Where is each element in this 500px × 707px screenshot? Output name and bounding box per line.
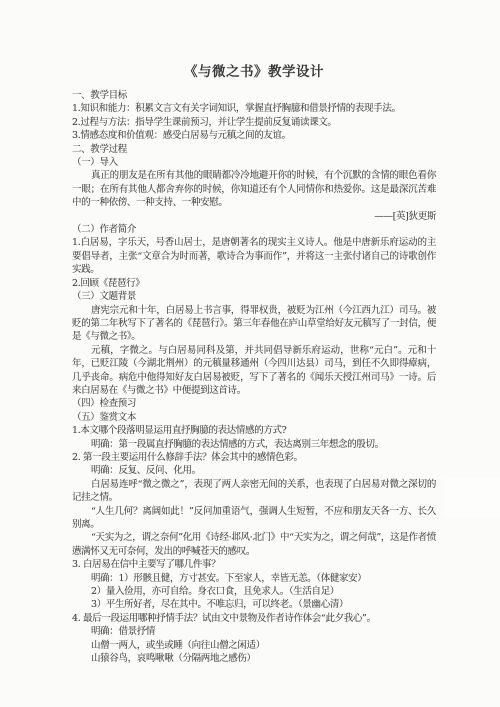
doc-line-para: “天实为之，谓之奈何”化用《诗经·邶风·北门》中“天实为之，谓之何哉”，这是作者… <box>72 531 436 558</box>
doc-line-indent: 3）平生所好者，尽在其中。不唯忘归，可以终老。（景幽心清） <box>72 598 436 611</box>
document-body: 《与微之书》教学设计 一、教学目标1.知识和能力：积累文言文有关字词知识，掌握直… <box>0 0 500 665</box>
doc-line-plain: 4. 最后一段运用哪种抒情手法？试由文中景物及作者诗作体会“此夕我心”。 <box>72 612 436 625</box>
doc-line-plain: 1.知识和能力：积累文言文有关字词知识，掌握直抒胸臆和借景抒情的表现手法。 <box>72 102 436 115</box>
doc-line-indent: 明确：反复、反问、化用。 <box>72 464 436 477</box>
doc-line-heading: （四）检查预习 <box>72 397 436 410</box>
document-page: 《与微之书》教学设计 一、教学目标1.知识和能力：积累文言文有关字词知识，掌握直… <box>0 0 500 707</box>
doc-line-heading: （一）导入 <box>72 156 436 169</box>
doc-line-plain: 3.情感态度和价值观：感受白居易与元稹之间的友谊。 <box>72 129 436 142</box>
doc-line-plain: 2.过程与方法：指导学生课前预习，并让学生提前反复诵读课文。 <box>72 116 436 129</box>
doc-line-para: 唐宪宗元和十年，白居易上书言事，得罪权贵，被贬为江州（今江西九江）司马。被贬的第… <box>72 304 436 344</box>
doc-line-indent: 明确：第一段属直抒胸臆的表达情感的方式，表达离别三年想念的殷切。 <box>72 438 436 451</box>
doc-line-indent: 山猿谷鸟，哀鸣啾啾（分隔两地之感伤） <box>72 652 436 665</box>
doc-line-indent: 明确：借景抒情 <box>72 625 436 638</box>
doc-line-indent: 明确：1）形骸且健，方寸甚安。下至家人，幸皆无恙。（体健家安） <box>72 572 436 585</box>
doc-line-plain: 3. 白居易在信中主要写了哪几件事？ <box>72 558 436 571</box>
doc-line-plain: 2.回顾《琵琶行》 <box>72 277 436 290</box>
doc-line-para: 元稹，字微之。与白居易同科及第，并共同倡导新乐府运动，世称“元白”。元和十年，已… <box>72 344 436 398</box>
doc-line-right: ——[英]狄更斯 <box>72 210 436 223</box>
doc-line-heading: （二）作者简介 <box>72 223 436 236</box>
doc-line-heading: （五）鉴赏文本 <box>72 411 436 424</box>
doc-line-heading: （三）文题背景 <box>72 290 436 303</box>
doc-line-plain: 1.白居易，字乐天，号香山居士，是唐朝著名的现实主义诗人。他是中唐新乐府运动的主… <box>72 236 436 276</box>
document-title: 《与微之书》教学设计 <box>72 63 436 81</box>
doc-line-plain: 1.本文哪个段落明显运用直抒胸臆的表达情感的方式? <box>72 424 436 437</box>
doc-line-heading: 二、教学过程 <box>72 143 436 156</box>
doc-line-heading: 一、教学目标 <box>72 89 436 102</box>
document-content: 一、教学目标1.知识和能力：积累文言文有关字词知识，掌握直抒胸臆和借景抒情的表现… <box>72 89 436 665</box>
doc-line-para: “人生几何？离阔如此！”反问加重语气，强调人生短暂，不应和朋友天各一方、长久别离… <box>72 505 436 532</box>
doc-line-para: 白居易连呼“微之微之”，表现了两人亲密无间的关系，也表现了白居易对微之深切的记挂… <box>72 478 436 505</box>
doc-line-indent: 山僧一两人，或坐或睡（向往山僧之闲适） <box>72 639 436 652</box>
doc-line-indent: 2）量入俭用，亦可自给。身衣口食，且免求人。（生活自足） <box>72 585 436 598</box>
doc-line-para: 真正的朋友是在所有其他的眼睛都冷冷地避开你的时候，有个沉默的含情的眼色看你一眼；… <box>72 169 436 209</box>
doc-line-plain: 2. 第一段主要运用什么修辞手法？体会其中的感情色彩。 <box>72 451 436 464</box>
